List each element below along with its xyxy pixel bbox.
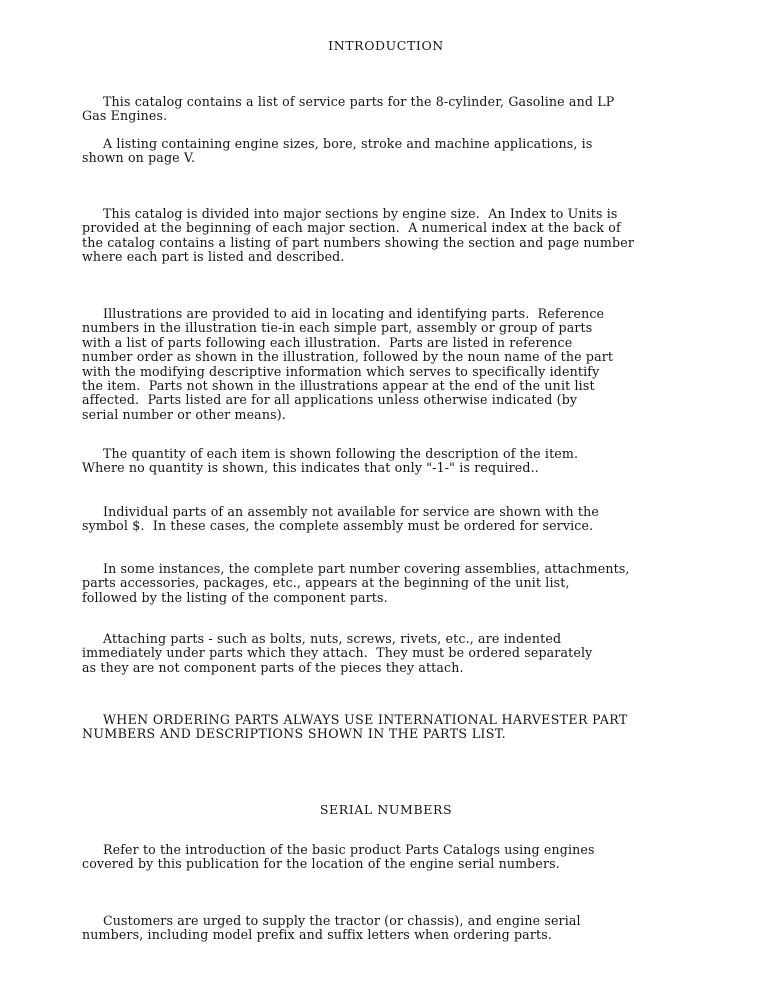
text-line: shown on page V. xyxy=(82,151,702,165)
text-line: In some instances, the complete part num… xyxy=(82,562,702,576)
heading-introduction: INTRODUCTION xyxy=(0,38,772,53)
paragraph-customer-serials: Customers are urged to supply the tracto… xyxy=(82,914,702,943)
text-line: Refer to the introduction of the basic p… xyxy=(82,843,702,857)
paragraph-serial-location: Refer to the introduction of the basic p… xyxy=(82,843,702,872)
text-line: followed by the listing of the component… xyxy=(82,591,702,605)
text-line: This catalog is divided into major secti… xyxy=(82,207,702,221)
text-line: provided at the beginning of each major … xyxy=(82,221,702,235)
text-line: numbers in the illustration tie-in each … xyxy=(82,321,702,335)
text-line: number order as shown in the illustratio… xyxy=(82,350,702,364)
text-line: Gas Engines. xyxy=(82,109,702,123)
text-line: parts accessories, packages, etc., appea… xyxy=(82,576,702,590)
heading-serial-numbers: SERIAL NUMBERS xyxy=(0,802,772,817)
text-line: where each part is listed and described. xyxy=(82,250,702,264)
paragraph-ordering-notice: WHEN ORDERING PARTS ALWAYS USE INTERNATI… xyxy=(82,713,702,742)
text-line: A listing containing engine sizes, bore,… xyxy=(82,137,702,151)
paragraph-individual-parts: Individual parts of an assembly not avai… xyxy=(82,505,702,534)
text-line: serial number or other means). xyxy=(82,408,702,422)
text-line: immediately under parts which they attac… xyxy=(82,646,702,660)
text-line: Where no quantity is shown, this indicat… xyxy=(82,461,702,475)
text-line: The quantity of each item is shown follo… xyxy=(82,447,702,461)
text-line: the item. Parts not shown in the illustr… xyxy=(82,379,702,393)
paragraph-catalog-contents: This catalog contains a list of service … xyxy=(82,95,702,124)
text-line: affected. Parts listed are for all appli… xyxy=(82,393,702,407)
text-line: with the modifying descriptive informati… xyxy=(82,365,702,379)
text-line: NUMBERS AND DESCRIPTIONS SHOWN IN THE PA… xyxy=(82,727,702,741)
text-line: Individual parts of an assembly not avai… xyxy=(82,505,702,519)
text-line: Illustrations are provided to aid in loc… xyxy=(82,307,702,321)
text-line: covered by this publication for the loca… xyxy=(82,857,702,871)
paragraph-catalog-sections: This catalog is divided into major secti… xyxy=(82,207,702,265)
text-line: symbol $. In these cases, the complete a… xyxy=(82,519,702,533)
paragraph-quantity: The quantity of each item is shown follo… xyxy=(82,447,702,476)
paragraph-attaching-parts: Attaching parts - such as bolts, nuts, s… xyxy=(82,632,702,675)
document-page: INTRODUCTION This catalog contains a lis… xyxy=(0,0,772,1000)
text-line: as they are not component parts of the p… xyxy=(82,661,702,675)
text-line: WHEN ORDERING PARTS ALWAYS USE INTERNATI… xyxy=(82,713,702,727)
text-line: numbers, including model prefix and suff… xyxy=(82,928,702,942)
paragraph-complete-part-number: In some instances, the complete part num… xyxy=(82,562,702,605)
text-line: with a list of parts following each illu… xyxy=(82,336,702,350)
paragraph-engine-listing: A listing containing engine sizes, bore,… xyxy=(82,137,702,166)
text-line: This catalog contains a list of service … xyxy=(82,95,702,109)
text-line: Attaching parts - such as bolts, nuts, s… xyxy=(82,632,702,646)
text-line: the catalog contains a listing of part n… xyxy=(82,236,702,250)
text-line: Customers are urged to supply the tracto… xyxy=(82,914,702,928)
paragraph-illustrations: Illustrations are provided to aid in loc… xyxy=(82,307,702,422)
